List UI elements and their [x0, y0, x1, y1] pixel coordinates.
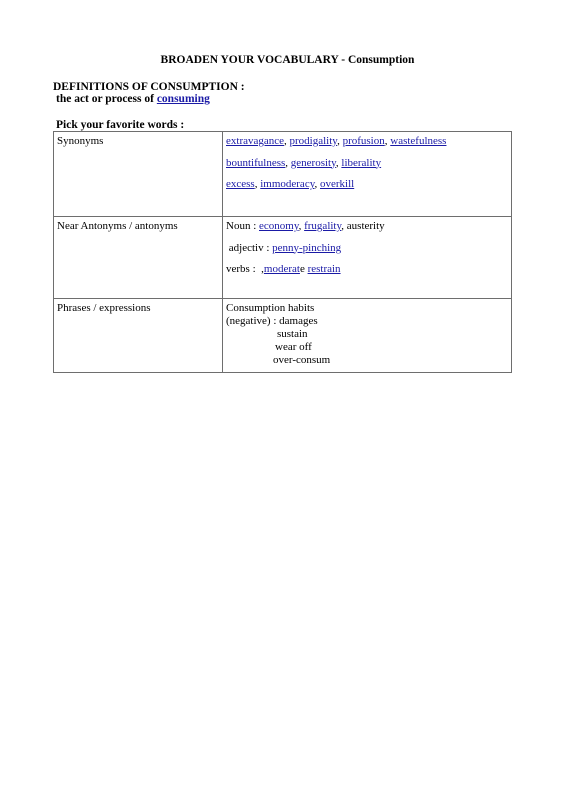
vocabulary-table: Synonyms extravagance, prodigality, prof… [53, 131, 512, 373]
link-immoderacy[interactable]: immoderacy [260, 178, 314, 190]
synonyms-cell: extravagance, prodigality, profusion, wa… [223, 132, 512, 217]
row-label: Synonyms [54, 132, 223, 217]
synonyms-line-2: bountifulness, generosity, liberality [226, 157, 508, 170]
phrase-line: over-consum [226, 354, 508, 367]
antonyms-cell: Noun : economy, frugality, austerity adj… [223, 217, 512, 299]
link-moderate[interactable]: moderat [264, 263, 300, 275]
link-consuming[interactable]: consuming [157, 93, 210, 105]
synonyms-line-1: extravagance, prodigality, profusion, wa… [226, 135, 508, 148]
table-row-antonyms: Near Antonyms / antonyms Noun : economy,… [54, 217, 512, 299]
link-penny-pinching[interactable]: penny-pinching [272, 242, 341, 254]
phrase-line: (negative) : damages [226, 315, 508, 328]
phrase-line: wear off [226, 341, 508, 354]
link-profusion[interactable]: profusion [343, 135, 385, 147]
adjective-prefix: adjectiv : [226, 242, 272, 254]
table-row-synonyms: Synonyms extravagance, prodigality, prof… [54, 132, 512, 217]
moderate-tail: e [300, 263, 305, 275]
antonyms-noun-line: Noun : economy, frugality, austerity [226, 220, 508, 233]
link-excess[interactable]: excess [226, 178, 255, 190]
definition-prefix: the act or process of [56, 93, 157, 105]
link-bountifulness[interactable]: bountifulness [226, 157, 285, 169]
noun-austerity: austerity [347, 220, 385, 232]
antonyms-adjective-line: adjectiv : penny-pinching [226, 242, 508, 255]
link-prodigality[interactable]: prodigality [290, 135, 338, 147]
link-generosity[interactable]: generosity [291, 157, 336, 169]
row-label: Near Antonyms / antonyms [54, 217, 223, 299]
table-row-phrases: Phrases / expressions Consumption habits… [54, 299, 512, 373]
definition-text: the act or process of consuming [56, 93, 210, 106]
link-extravagance[interactable]: extravagance [226, 135, 284, 147]
phrases-cell: Consumption habits (negative) : damages … [223, 299, 512, 373]
link-frugality[interactable]: frugality [304, 220, 341, 232]
verbs-prefix: verbs : , [226, 263, 264, 275]
noun-prefix: Noun : [226, 220, 259, 232]
link-restrain[interactable]: restrain [308, 263, 341, 275]
synonyms-line-3: excess, immoderacy, overkill [226, 178, 508, 191]
row-label: Phrases / expressions [54, 299, 223, 373]
link-liberality[interactable]: liberality [341, 157, 381, 169]
document-title: BROADEN YOUR VOCABULARY - Consumption [0, 53, 565, 67]
antonyms-verbs-line: verbs : ,moderate restrain [226, 263, 508, 276]
phrase-line: Consumption habits [226, 302, 508, 315]
phrase-line: sustain [226, 328, 508, 341]
link-overkill[interactable]: overkill [320, 178, 354, 190]
link-wastefulness[interactable]: wastefulness [390, 135, 446, 147]
link-economy[interactable]: economy [259, 220, 299, 232]
